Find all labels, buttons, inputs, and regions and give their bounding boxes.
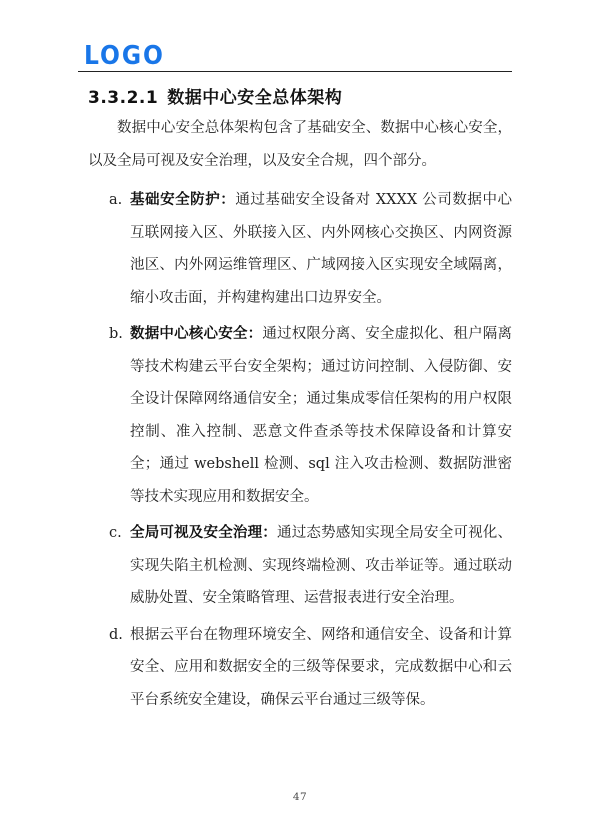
section-number: 3.3.2.1 [88, 88, 158, 108]
header-divider [78, 71, 512, 72]
section-heading: 3.3.2.1数据中心安全总体架构 [88, 83, 512, 108]
item-text: 通过基础安全设备对 XXXX 公司数据中心互联网接入区、外联接入区、内外网核心交… [130, 192, 512, 306]
list-item-a: a.基础安全防护：通过基础安全设备对 XXXX 公司数据中心互联网接入区、外联接… [88, 184, 512, 314]
page-header: LOGO [88, 0, 512, 72]
item-lead-bold: 数据中心核心安全： [130, 325, 262, 342]
item-lead-bold: 基础安全防护： [130, 191, 235, 208]
item-lead-bold: 全局可视及安全治理： [130, 524, 277, 541]
item-text: 根据云平台在物理环境安全、网络和通信安全、设备和计算安全、应用和数据安全的三级等… [130, 627, 512, 708]
company-logo: LOGO [84, 44, 165, 68]
list-marker: d. [109, 619, 123, 652]
lettered-list: a.基础安全防护：通过基础安全设备对 XXXX 公司数据中心互联网接入区、外联接… [88, 184, 512, 716]
list-marker: c. [109, 517, 122, 550]
intro-paragraph: 数据中心安全总体架构包含了基础安全、数据中心核心安全，以及全局可视及安全治理，以… [88, 112, 512, 177]
section-title: 数据中心安全总体架构 [167, 88, 342, 108]
document-page: LOGO 3.3.2.1数据中心安全总体架构 数据中心安全总体架构包含了基础安全… [0, 0, 600, 829]
list-marker: a. [109, 184, 122, 217]
item-text: 通过权限分离、安全虚拟化、租户隔离等技术构建云平台安全架构；通过访问控制、入侵防… [130, 326, 512, 505]
list-item-c: c.全局可视及安全治理：通过态势感知实现全局安全可视化、实现失陷主机检测、实现终… [88, 517, 512, 615]
list-item-b: b.数据中心核心安全：通过权限分离、安全虚拟化、租户隔离等技术构建云平台安全架构… [88, 318, 512, 513]
list-item-d: d.根据云平台在物理环境安全、网络和通信安全、设备和计算安全、应用和数据安全的三… [88, 619, 512, 717]
page-number: 47 [0, 791, 600, 803]
list-marker: b. [109, 318, 123, 351]
